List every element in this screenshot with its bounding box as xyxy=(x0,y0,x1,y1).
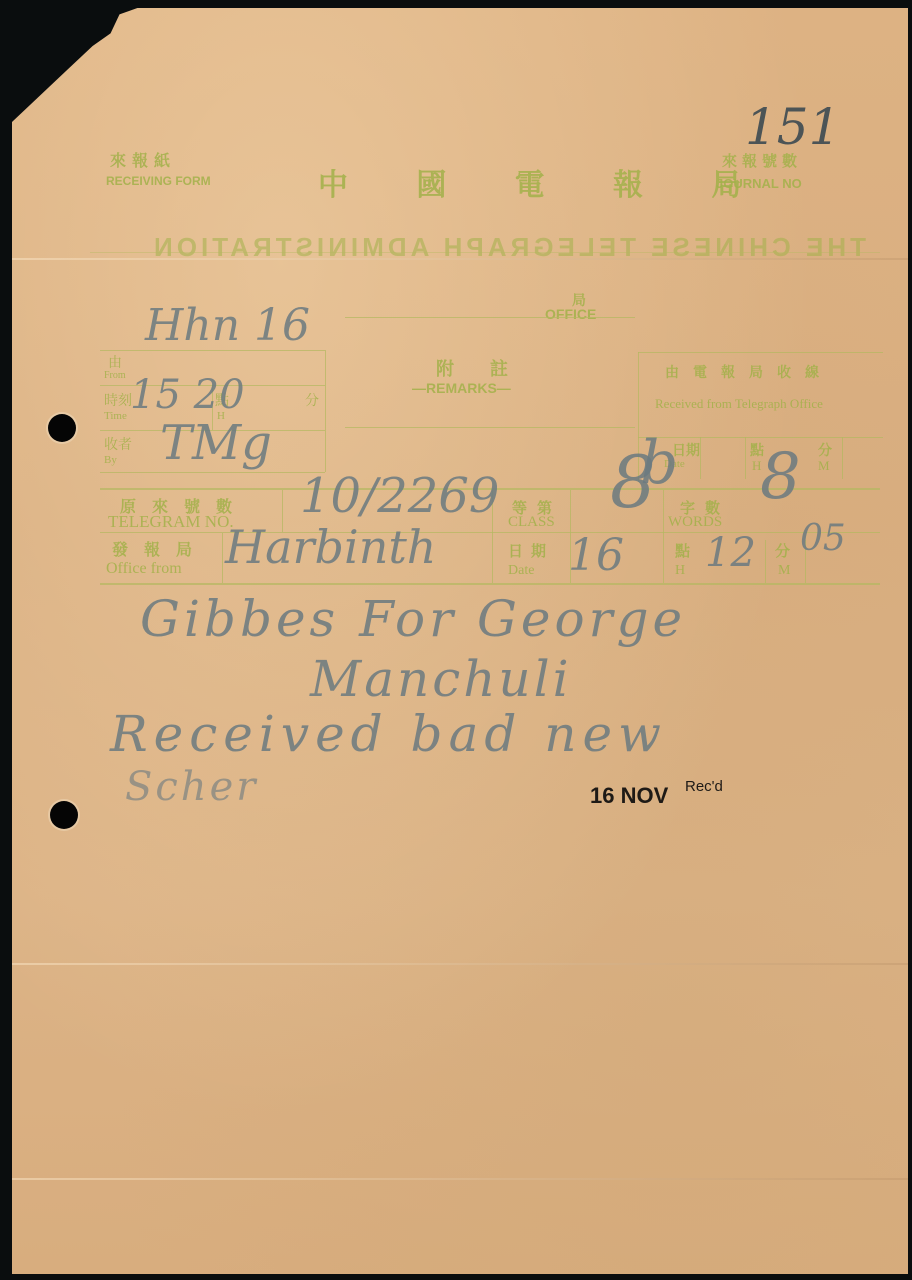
time-minute-cn: 分 xyxy=(305,390,319,410)
received-box-divider xyxy=(745,437,746,479)
message-line-4: Scher xyxy=(125,764,258,810)
left-box-bottom xyxy=(100,472,325,473)
time-value: 15 20 xyxy=(130,372,245,418)
received-date-stamp: 16 NOV xyxy=(590,783,668,809)
received-hour-value: 8 xyxy=(760,440,801,514)
received-stamp-recd: Rec'd xyxy=(685,778,723,795)
received-box-divider xyxy=(842,437,843,479)
fold-line xyxy=(12,1178,908,1180)
administration-heading-mirrored: THE CHINESE TELEGRAPH ADMINISTRATION xyxy=(150,232,866,263)
received-box-divider xyxy=(700,437,701,479)
journal-no-value: 151 xyxy=(745,98,840,156)
class-value: 8 xyxy=(610,440,656,524)
remarks-label: —REMARKS— xyxy=(412,380,511,396)
info-table-divider xyxy=(222,533,223,583)
remarks-line xyxy=(345,427,635,428)
office-underline xyxy=(345,317,635,318)
office-from-value: Harbinth xyxy=(225,520,436,574)
office-label: OFFICE xyxy=(545,306,596,322)
hour-label: H xyxy=(675,563,685,579)
journal-no-en: JOURNAL NO xyxy=(716,176,802,191)
from-value: Hhn 16 xyxy=(145,300,310,351)
class-label: CLASS xyxy=(508,514,555,531)
from-cn: 由 xyxy=(108,352,122,372)
info-table-divider xyxy=(663,490,664,583)
telegram-no-value: 10/2269 xyxy=(300,468,499,524)
date-cn: 日期 xyxy=(508,540,554,561)
time-cn: 時刻 xyxy=(104,390,132,410)
info-table-divider xyxy=(765,540,766,583)
minute-value: 05 xyxy=(800,518,846,559)
words-label: WORDS xyxy=(668,514,722,531)
office-from-cn: 發報局 xyxy=(112,537,208,560)
fold-line xyxy=(12,963,908,965)
punch-hole-icon xyxy=(48,414,76,442)
hour-cn: 點 xyxy=(675,540,690,561)
telegram-no-label: TELEGRAM NO. xyxy=(108,512,234,532)
info-table-bottom xyxy=(100,583,880,585)
minute-cn: 分 xyxy=(775,540,790,561)
date-label: Date xyxy=(508,563,534,579)
office-from-label: Office from xyxy=(106,560,182,578)
received-minute-cn: 分 xyxy=(818,440,832,460)
by-en: By xyxy=(104,454,117,466)
minute-label: M xyxy=(778,563,790,579)
message-line-2: Manchuli xyxy=(310,650,572,708)
hour-value: 12 xyxy=(705,530,756,576)
received-from-office-en: Received from Telegraph Office xyxy=(655,393,865,414)
receiving-form-en: RECEIVING FORM xyxy=(106,174,211,188)
remarks-cn: 附 註 xyxy=(436,355,508,381)
left-box-right xyxy=(325,350,326,472)
received-minute-en: M xyxy=(818,458,830,474)
received-from-office-cn: 由電報局收線 xyxy=(665,362,833,382)
divider xyxy=(90,252,880,253)
received-box-top xyxy=(638,352,883,353)
form-title-cn: 中 國 電 報 局 xyxy=(318,160,771,204)
by-cn: 收者 xyxy=(104,434,132,454)
message-line-1: Gibbes For George xyxy=(140,590,686,648)
message-line-3: Received bad new xyxy=(110,705,667,763)
from-en: From xyxy=(104,370,126,381)
date-value: 16 xyxy=(568,530,624,581)
received-by-value: TMg xyxy=(160,415,272,471)
punch-hole-icon xyxy=(50,801,78,829)
info-table-mid xyxy=(100,532,880,533)
receiving-form-cn: 來報紙 xyxy=(110,148,176,171)
time-en: Time xyxy=(104,410,127,422)
